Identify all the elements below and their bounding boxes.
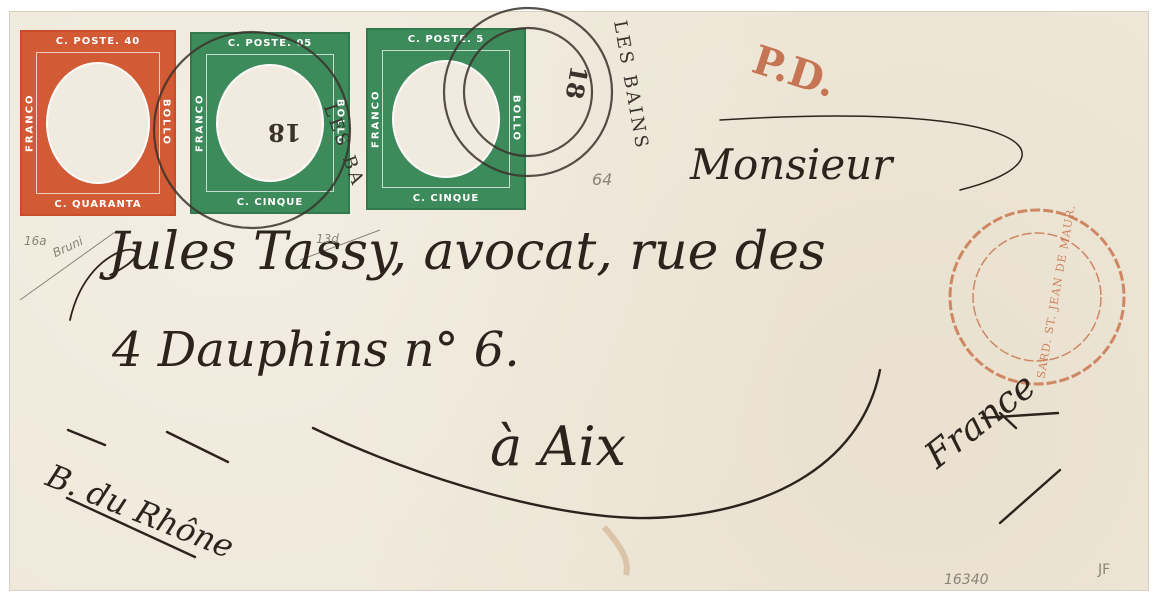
- pencil-note-13d: 13d: [316, 232, 339, 246]
- address-line-2: 4 Dauphins n° 6.: [112, 322, 520, 378]
- pencil-note-16a: 16a: [24, 234, 47, 248]
- pencil-monogram: JF: [1098, 562, 1110, 578]
- salutation: Monsieur: [690, 140, 892, 189]
- address-line-1: Jules Tassy, avocat, rue des: [108, 222, 826, 282]
- address-city: à Aix: [490, 415, 626, 478]
- black-cds-1: [154, 32, 350, 228]
- cds-date-2: 18: [560, 64, 594, 102]
- pencil-inventory-number: 16340: [944, 572, 989, 588]
- cds-date-1: 18: [268, 118, 301, 147]
- pencil-note-ref: 64: [592, 170, 612, 189]
